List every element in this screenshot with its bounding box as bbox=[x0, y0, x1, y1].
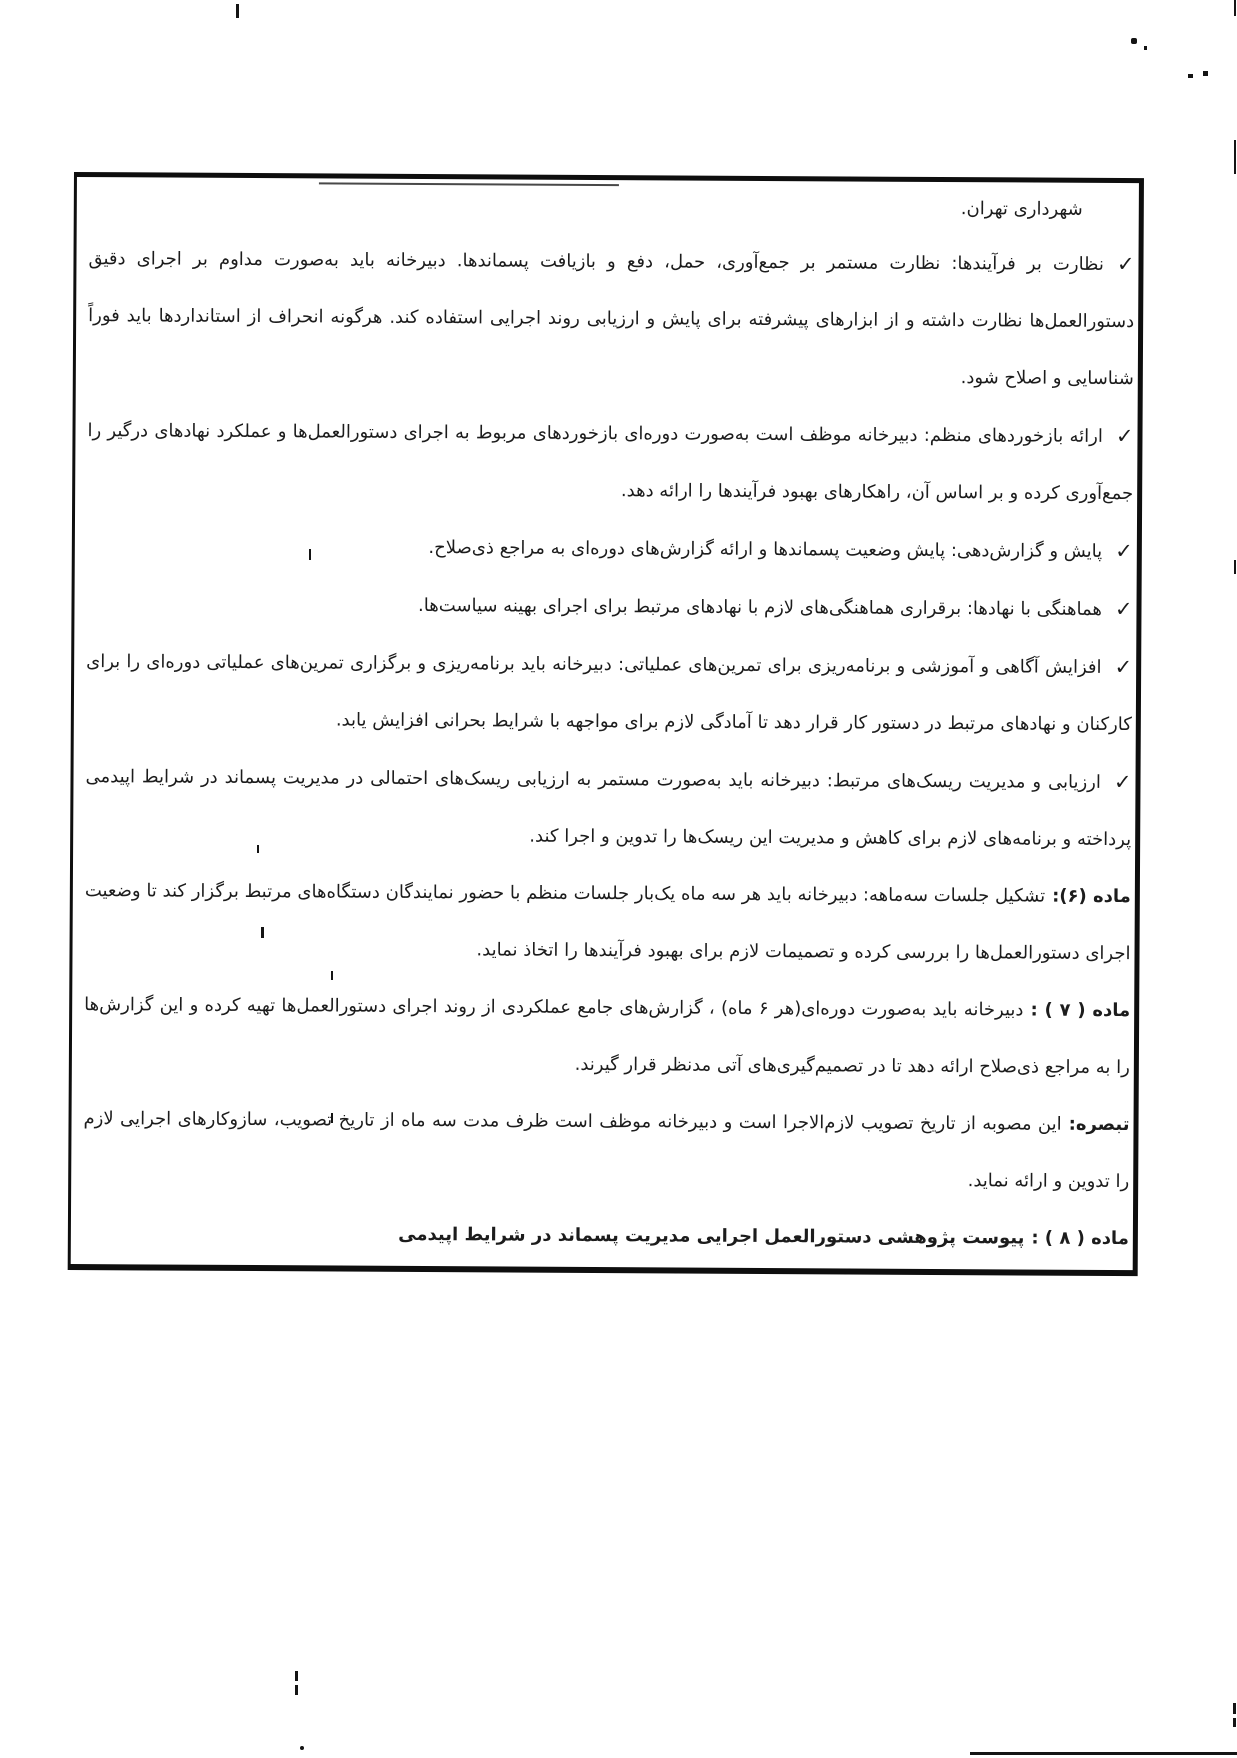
article-8-label: ماده ( ۸ ) : bbox=[1031, 1228, 1129, 1250]
bullet-item-process-monitoring: ✓نظارت بر فرآیندها: نظارت مستمر بر جمع‌آ… bbox=[88, 229, 1135, 407]
bullet-item-risk-management: ✓ارزیابی و مدیریت ریسک‌های مرتبط: دبیرخا… bbox=[85, 747, 1132, 868]
checkmark-icon: ✓ bbox=[1114, 754, 1132, 811]
note-text: این مصوبه از تاریخ تصویب لازم‌الاجرا است… bbox=[83, 1108, 1129, 1192]
bullet-item-awareness-training: ✓افزایش آگاهی و آموزشی و برنامه‌ریزی برا… bbox=[86, 632, 1133, 753]
article-7-text: دبیرخانه باید به‌صورت دوره‌ای(هر ۶ ماه) … bbox=[84, 994, 1130, 1078]
scan-artifact bbox=[1131, 38, 1137, 44]
scan-artifact bbox=[331, 971, 333, 980]
scan-artifact bbox=[1233, 1703, 1236, 1714]
bullet-text: نظارت بر فرآیندها: نظارت مستمر بر جمع‌آو… bbox=[88, 248, 1134, 389]
bullet-item-coordination: ✓هماهنگی با نهادها: برقراری هماهنگی‌های … bbox=[86, 574, 1132, 638]
scan-artifact bbox=[331, 1113, 333, 1123]
scan-artifact bbox=[1144, 46, 1147, 50]
note-tabsereh: تبصره:این مصوبه از تاریخ تصویب لازم‌الاج… bbox=[83, 1090, 1130, 1210]
article-7-label: ماده ( ۷ ) : bbox=[1030, 1000, 1130, 1022]
scan-artifact bbox=[1234, 140, 1236, 174]
bullet-text: هماهنگی با نهادها: برقراری هماهنگی‌های ل… bbox=[418, 595, 1102, 620]
scan-artifact bbox=[257, 845, 259, 853]
scan-artifact-bottom-line bbox=[970, 1752, 1237, 1755]
bullet-text: ارائه بازخوردهای منظم: دبیرخانه موظف است… bbox=[87, 420, 1133, 504]
article-8-research-annex: ماده ( ۸ ) :پیوست پژوهشی دستورالعمل اجرا… bbox=[83, 1204, 1129, 1267]
scan-artifact bbox=[261, 927, 264, 938]
article-7-periodic-reports: ماده ( ۷ ) :دبیرخانه باید به‌صورت دوره‌ا… bbox=[84, 976, 1131, 1096]
bullet-item-regular-feedback: ✓ارائه بازخوردهای منظم: دبیرخانه موظف اس… bbox=[87, 401, 1134, 522]
bullet-text: پایش و گزارش‌دهی: پایش وضعیت پسماندها و … bbox=[428, 537, 1102, 562]
checkmark-icon: ✓ bbox=[1116, 408, 1134, 465]
scan-artifact bbox=[1234, 560, 1236, 574]
scan-artifact bbox=[309, 549, 311, 560]
checkmark-icon: ✓ bbox=[1114, 639, 1132, 696]
checkmark-icon: ✓ bbox=[1115, 581, 1133, 638]
municipality-continuation-line: شهرداری تهران. bbox=[89, 179, 1135, 235]
scan-artifact bbox=[295, 1671, 298, 1681]
scan-artifact bbox=[300, 1746, 304, 1750]
article-6-label: ماده (۶): bbox=[1052, 886, 1131, 907]
scan-artifact bbox=[1234, 0, 1236, 16]
scan-artifact bbox=[1188, 74, 1193, 78]
article-8-text: پیوست پژوهشی دستورالعمل اجرایی مدیریت پس… bbox=[398, 1224, 1024, 1249]
note-label: تبصره: bbox=[1069, 1114, 1130, 1135]
scanned-document-page: شهرداری تهران. ✓نظارت بر فرآیندها: نظارت… bbox=[0, 0, 1237, 1758]
document-frame: شهرداری تهران. ✓نظارت بر فرآیندها: نظارت… bbox=[68, 172, 1144, 1276]
scan-artifact bbox=[236, 4, 239, 18]
scan-artifact bbox=[295, 1685, 298, 1695]
bullet-item-monitoring-reporting: ✓پایش و گزارش‌دهی: پایش وضعیت پسماندها و… bbox=[87, 516, 1133, 580]
bullet-text: ارزیابی و مدیریت ریسک‌های مرتبط: دبیرخان… bbox=[85, 766, 1131, 850]
scan-artifact bbox=[1233, 1718, 1236, 1727]
bullet-text: افزایش آگاهی و آموزشی و برنامه‌ریزی برای… bbox=[86, 651, 1132, 735]
scan-artifact bbox=[1203, 71, 1208, 76]
checkmark-icon: ✓ bbox=[1115, 523, 1133, 580]
article-6-text: تشکیل جلسات سه‌ماهه: دبیرخانه باید هر سه… bbox=[85, 880, 1131, 964]
checkmark-icon: ✓ bbox=[1117, 236, 1135, 293]
article-6-quarterly-meetings: ماده (۶):تشکیل جلسات سه‌ماهه: دبیرخانه ب… bbox=[84, 862, 1131, 982]
